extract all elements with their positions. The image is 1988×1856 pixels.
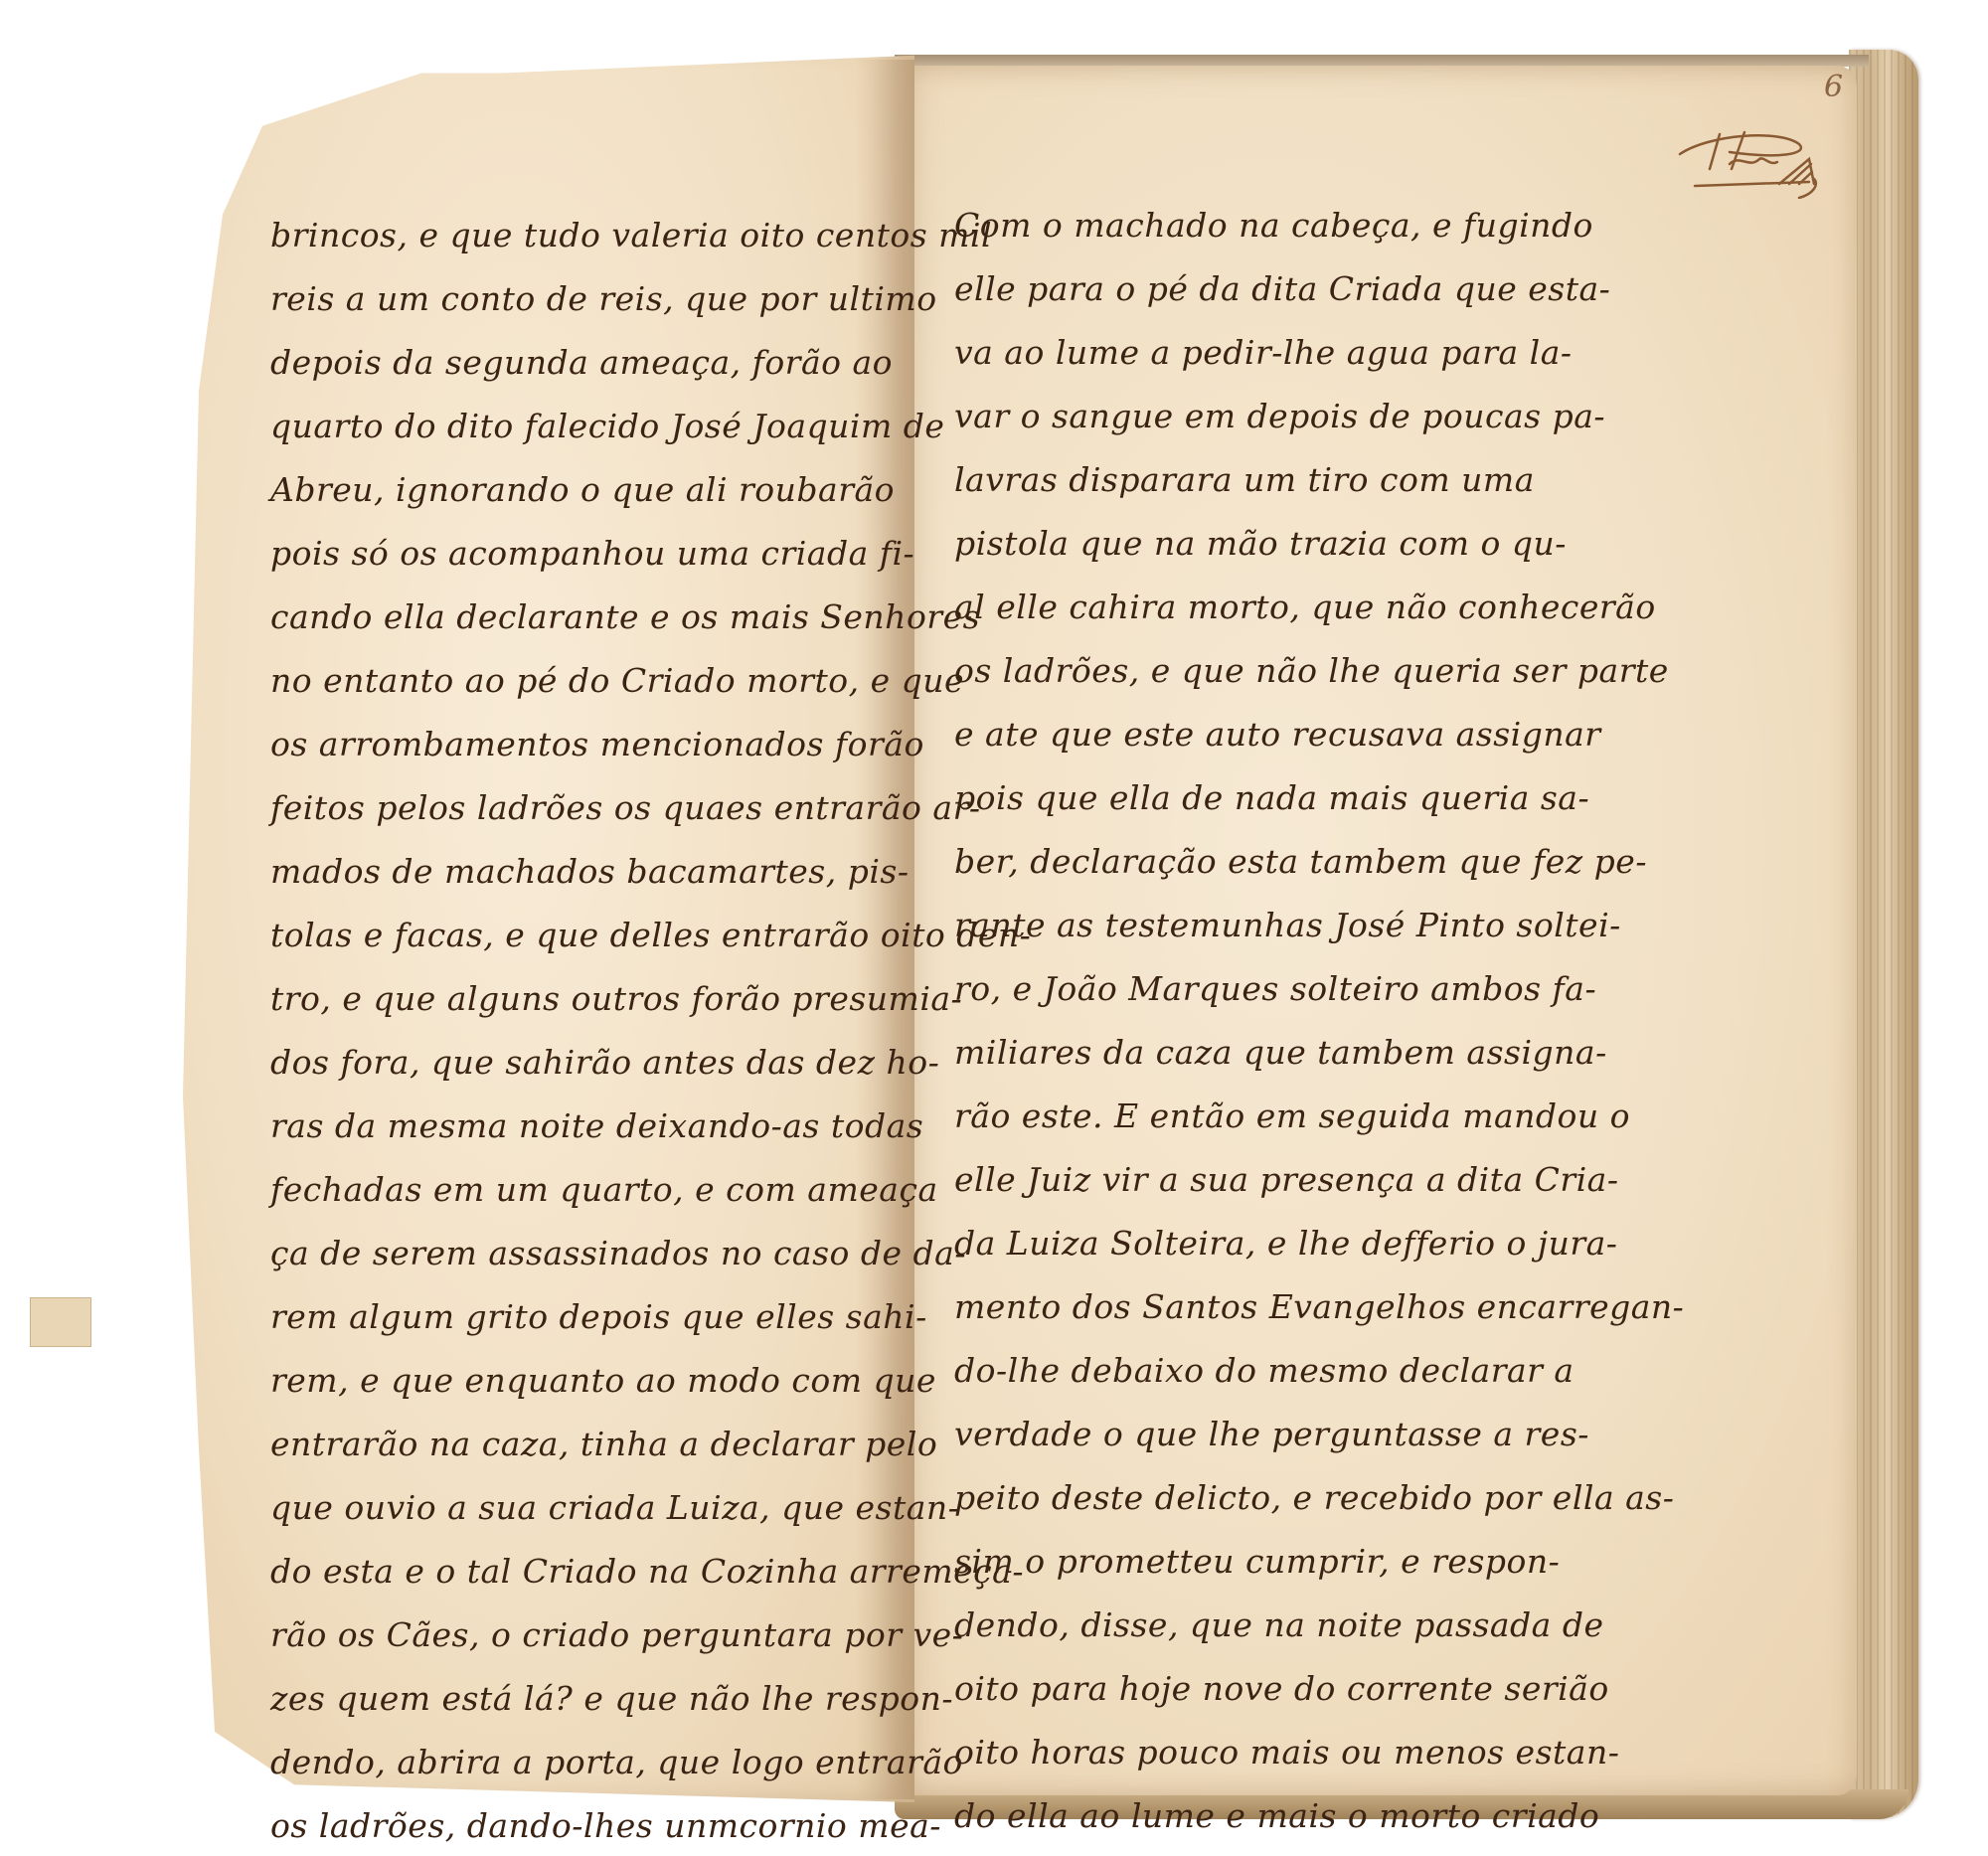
text-line: cando ella declarante e os mais Senhores [270, 586, 1031, 649]
text-line: no entanto ao pé do Criado morto, e que [270, 649, 1031, 713]
text-line: os ladrões, e que não lhe queria ser par… [954, 639, 1684, 703]
text-line: miliares da caza que tambem assigna- [954, 1021, 1684, 1085]
text-line: tro, e que alguns outros forão presumia- [270, 967, 1031, 1031]
text-line: mento dos Santos Evangelhos encarregan- [954, 1275, 1684, 1339]
text-line: lavras disparara um tiro com uma [954, 448, 1684, 512]
text-line: os arrombamentos mencionados forão [270, 713, 1031, 776]
text-line: do esta e o tal Criado na Cozinha arreme… [270, 1540, 1031, 1603]
text-line: ça de serem assassinados no caso de da- [270, 1222, 1031, 1285]
text-line: pois que ella de nada mais queria sa- [954, 766, 1684, 830]
text-line: dos fora, que sahirão antes das dez ho- [270, 1031, 1031, 1095]
text-line: dendo, disse, que na noite passada de [954, 1594, 1684, 1657]
text-line: verdade o que lhe perguntasse a res- [954, 1403, 1684, 1466]
text-line: oito para hoje nove do corrente serião [954, 1657, 1684, 1721]
text-line: peito deste delicto, e recebido por ella… [954, 1466, 1684, 1530]
text-line: ras da mesma noite deixando-as todas [270, 1095, 1031, 1158]
text-line: rão os Cães, o criado perguntara por ve- [270, 1603, 1031, 1667]
text-line: pistola que na mão trazia com o qu- [954, 512, 1684, 576]
text-line: entrarão na caza, tinha a declarar pelo [270, 1413, 1031, 1476]
text-line: fechadas em um quarto, e com ameaça [270, 1158, 1031, 1222]
folded-paper-tab [30, 1297, 91, 1347]
text-line: sim o prometteu cumprir, e respon- [954, 1530, 1684, 1594]
text-line: rão este. E então em seguida mandou o [954, 1085, 1684, 1148]
manuscript-book: 6 brincos, e que tudo valeria oito cento… [0, 0, 1988, 1856]
text-line: feitos pelos ladrões os quaes entrarão a… [270, 776, 1031, 840]
text-line: da Luiza Solteira, e lhe defferio o jura… [954, 1212, 1684, 1275]
folio-number: 6 [1824, 70, 1843, 104]
text-line: ber, declaração esta tambem que fez pe- [954, 830, 1684, 894]
text-line: dendo, abrira a porta, que logo entrarão [270, 1731, 1031, 1794]
text-line: pois só os acompanhou uma criada fi- [270, 522, 1031, 586]
text-line: oito horas pouco mais ou menos estan- [954, 1721, 1684, 1784]
text-line: rante as testemunhas José Pinto soltei- [954, 894, 1684, 957]
text-line: os ladrões, dando-lhes unmcornio mea- [270, 1794, 1031, 1856]
text-line: mados de machados bacamartes, pis- [270, 840, 1031, 904]
right-page-text: Com o machado na cabeça, e fugindo elle … [954, 194, 1684, 1848]
text-line: brincos, e que tudo valeria oito centos … [270, 204, 1031, 267]
left-page-text: brincos, e que tudo valeria oito centos … [270, 204, 1031, 1856]
text-line: var o sangue em depois de poucas pa- [954, 385, 1684, 448]
text-line: do ella ao lume e mais o morto criado [954, 1784, 1684, 1848]
page-stack-edge [1849, 50, 1918, 1819]
text-line: tolas e facas, e que delles entrarão oit… [270, 904, 1031, 967]
text-line: al elle cahira morto, que não conhecerão [954, 576, 1684, 639]
text-line: rem, e que enquanto ao modo com que [270, 1349, 1031, 1413]
text-line: Abreu, ignorando o que ali roubarão [270, 458, 1031, 522]
text-line: e ate que este auto recusava assignar [954, 703, 1684, 766]
text-line: que ouvio a sua criada Luiza, que estan- [270, 1476, 1031, 1540]
text-line: quarto do dito falecido José Joaquim de [270, 395, 1031, 458]
text-line: zes quem está lá? e que não lhe respon- [270, 1667, 1031, 1731]
text-line: va ao lume a pedir-lhe agua para la- [954, 321, 1684, 385]
text-line: depois da segunda ameaça, forão ao [270, 331, 1031, 395]
text-line: ro, e João Marques solteiro ambos fa- [954, 957, 1684, 1021]
text-line: elle para o pé da dita Criada que esta- [954, 257, 1684, 321]
text-line: elle Juiz vir a sua presença a dita Cria… [954, 1148, 1684, 1212]
rubric-signature-icon [1670, 124, 1839, 199]
text-line: do-lhe debaixo do mesmo declarar a [954, 1339, 1684, 1403]
text-line: Com o machado na cabeça, e fugindo [954, 194, 1684, 257]
text-line: reis a um conto de reis, que por ultimo [270, 267, 1031, 331]
text-line: rem algum grito depois que elles sahi- [270, 1285, 1031, 1349]
